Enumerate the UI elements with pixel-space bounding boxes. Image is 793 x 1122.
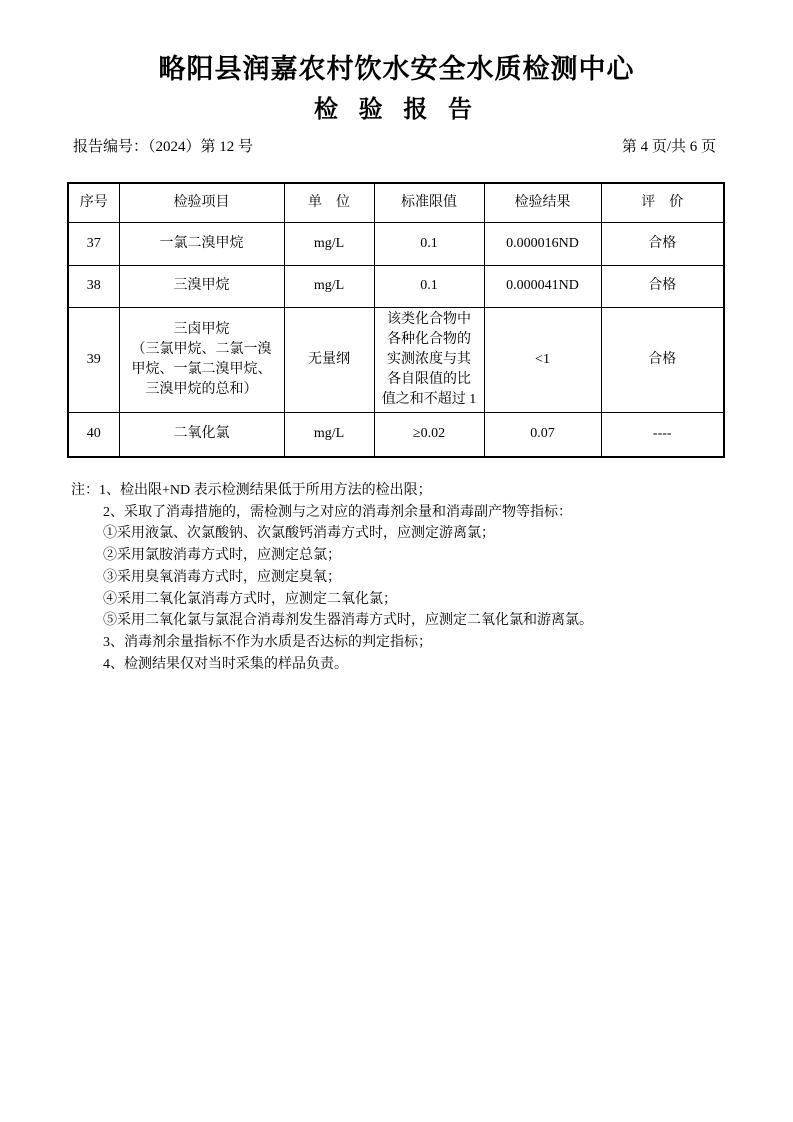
note-line: ⑤采用二氧化氯与氯混合消毒剂发生器消毒方式时，应测定二氧化氯和游离氯。 <box>103 610 753 632</box>
table-row: 38 三溴甲烷 mg/L 0.1 0.000041ND 合格 <box>68 265 724 307</box>
table-header-row: 序号 检验项目 单 位 标准限值 检验结果 评 价 <box>68 183 724 222</box>
cell-no: 39 <box>68 307 119 412</box>
cell-evaluation: 合格 <box>601 265 724 307</box>
note-line: ③采用臭氧消毒方式时，应测定臭氧； <box>103 567 753 589</box>
report-title: 略阳县润嘉农村饮水安全水质检测中心 <box>0 0 793 85</box>
note-line: ①采用液氯、次氯酸钠、次氯酸钙消毒方式时，应测定游离氯； <box>103 523 753 545</box>
header-cell-no: 序号 <box>68 183 119 222</box>
report-subtitle: 检 验 报 告 <box>0 85 793 123</box>
cell-item: 三溴甲烷 <box>119 265 284 307</box>
header-cell-result: 检验结果 <box>484 183 601 222</box>
cell-result: 0.07 <box>484 412 601 457</box>
note-line: ②采用氯胺消毒方式时，应测定总氯； <box>103 545 753 567</box>
cell-unit: mg/L <box>284 412 374 457</box>
header-cell-item: 检验项目 <box>119 183 284 222</box>
cell-no: 37 <box>68 222 119 265</box>
header-cell-limit: 标准限值 <box>374 183 484 222</box>
cell-item: 三卤甲烷 （三氯甲烷、二氯一溴 甲烷、一氯二溴甲烷、 三溴甲烷的总和） <box>119 307 284 412</box>
header-cell-evaluation: 评 价 <box>601 183 724 222</box>
cell-unit: 无量纲 <box>284 307 374 412</box>
cell-result: 0.000016ND <box>484 222 601 265</box>
cell-evaluation: ---- <box>601 412 724 457</box>
cell-limit: 0.1 <box>374 265 484 307</box>
cell-result: <1 <box>484 307 601 412</box>
cell-unit: mg/L <box>284 222 374 265</box>
cell-no: 38 <box>68 265 119 307</box>
cell-result: 0.000041ND <box>484 265 601 307</box>
cell-limit: 该类化合物中 各种化合物的 实测浓度与其 各自限值的比 值之和不超过 1 <box>374 307 484 412</box>
report-page: 略阳县润嘉农村饮水安全水质检测中心 检 验 报 告 报告编号：（2024）第 1… <box>0 0 793 1122</box>
note-text: 1、检出限+ND 表示检测结果低于所用方法的检出限； <box>99 483 432 498</box>
cell-item: 一氯二溴甲烷 <box>119 222 284 265</box>
note-line: 注：1、检出限+ND 表示检测结果低于所用方法的检出限； <box>71 480 753 502</box>
note-line: 4、检测结果仅对当时采集的样品负责。 <box>103 654 753 676</box>
cell-no: 40 <box>68 412 119 457</box>
cell-evaluation: 合格 <box>601 222 724 265</box>
note-line: 3、消毒剂余量指标不作为水质是否达标的判定指标； <box>103 632 753 654</box>
cell-limit: 0.1 <box>374 222 484 265</box>
results-table: 序号 检验项目 单 位 标准限值 检验结果 评 价 37 一氯二溴甲烷 mg/L… <box>67 182 725 458</box>
cell-limit: ≥0.02 <box>374 412 484 457</box>
table-row: 40 二氧化氯 mg/L ≥0.02 0.07 ---- <box>68 412 724 457</box>
header-cell-unit: 单 位 <box>284 183 374 222</box>
note-line: 2、采取了消毒措施的，需检测与之对应的消毒剂余量和消毒副产物等指标： <box>103 502 753 524</box>
report-number: 报告编号：（2024）第 12 号 <box>73 138 253 157</box>
notes-section: 注：1、检出限+ND 表示检测结果低于所用方法的检出限； 2、采取了消毒措施的，… <box>71 480 753 675</box>
table-row: 39 三卤甲烷 （三氯甲烷、二氯一溴 甲烷、一氯二溴甲烷、 三溴甲烷的总和） 无… <box>68 307 724 412</box>
page-indicator: 第 4 页/共 6 页 <box>622 138 716 157</box>
cell-unit: mg/L <box>284 265 374 307</box>
cell-evaluation: 合格 <box>601 307 724 412</box>
table-row: 37 一氯二溴甲烷 mg/L 0.1 0.000016ND 合格 <box>68 222 724 265</box>
notes-prefix: 注： <box>71 483 99 498</box>
note-line: ④采用二氧化氯消毒方式时，应测定二氧化氯； <box>103 589 753 611</box>
report-meta: 报告编号：（2024）第 12 号 第 4 页/共 6 页 <box>73 138 716 157</box>
cell-item: 二氧化氯 <box>119 412 284 457</box>
